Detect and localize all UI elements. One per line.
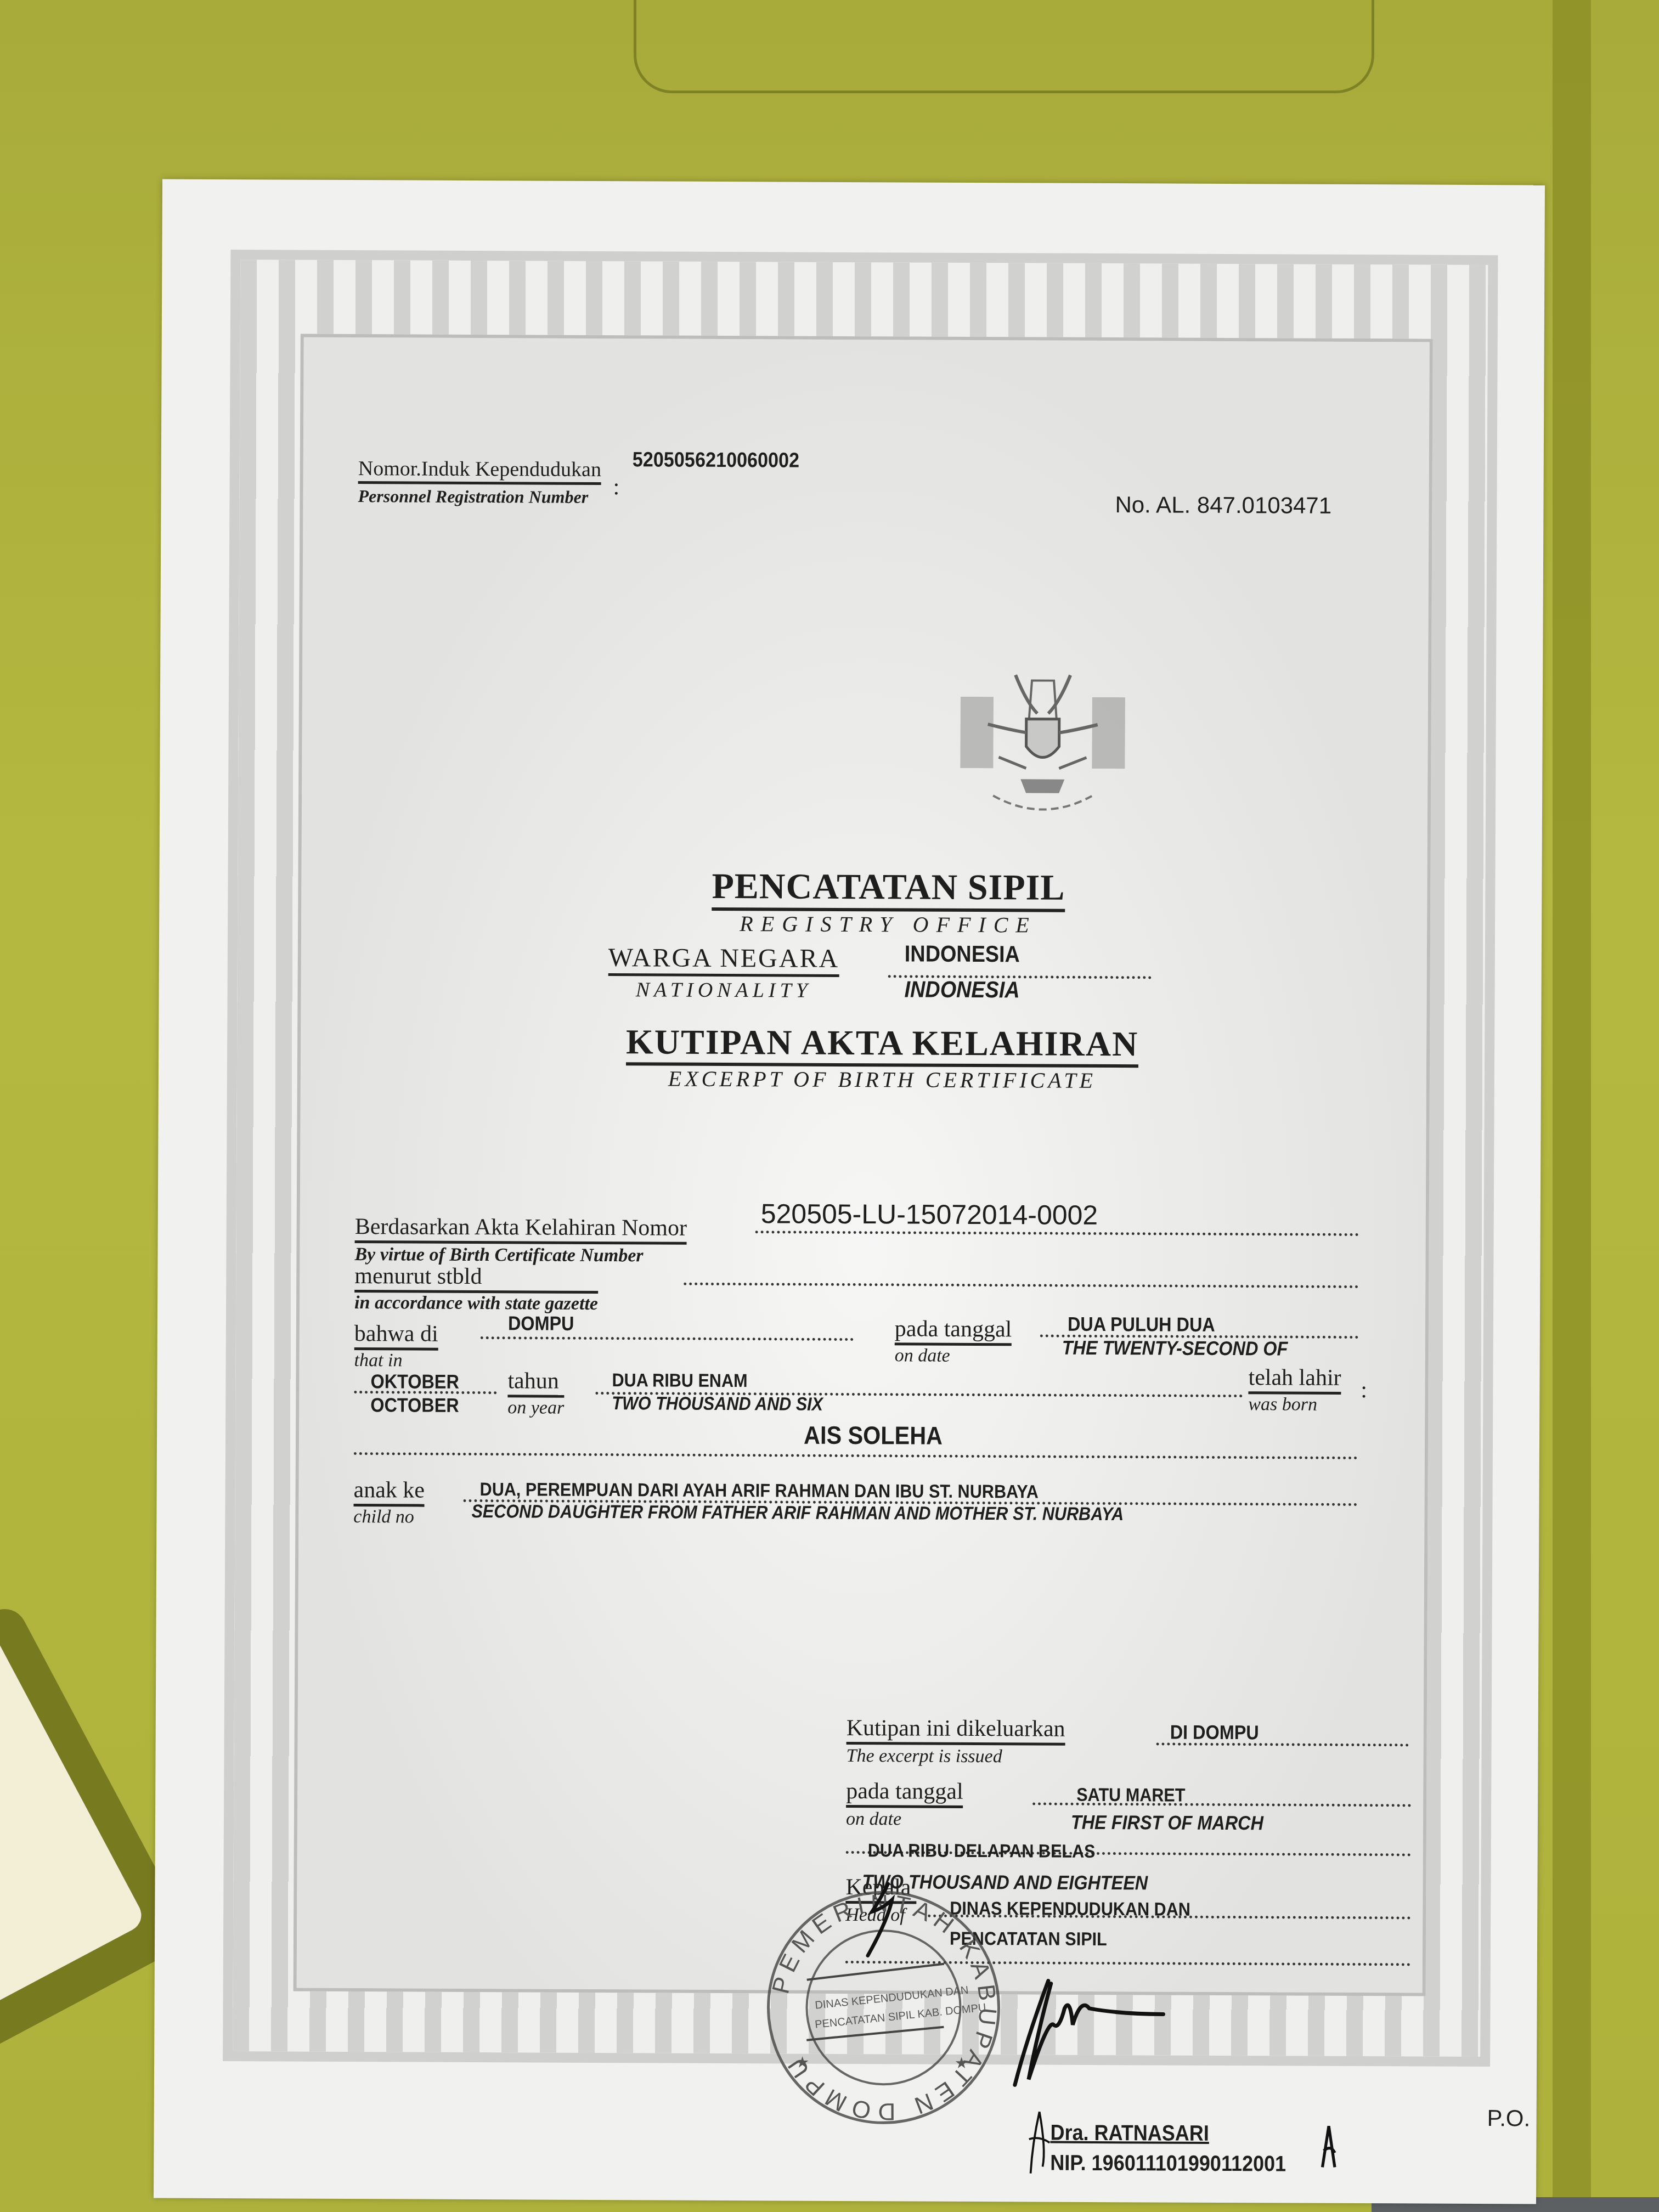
date-value-en: THE TWENTY-SECOND OF — [1062, 1336, 1288, 1361]
child-name: AIS SOLEHA — [804, 1420, 943, 1451]
nationality-label-en: NATIONALITY — [608, 979, 840, 1001]
year-value-en: TWO THOUSAND AND SIX — [612, 1393, 823, 1415]
nik-label: Nomor.Induk Kependudukan — [358, 458, 601, 485]
issued-date-label-en: on date — [846, 1810, 963, 1829]
child-no-label-en: child no — [353, 1508, 425, 1527]
nationality-label-group: WARGA NEGARA NATIONALITY — [608, 945, 840, 1001]
folder-fold — [1553, 0, 1591, 2212]
child-no-label: anak ke — [353, 1479, 425, 1507]
gazette-label-en: in accordance with state gazette — [354, 1294, 598, 1313]
birth-certificate: Nomor.Induk Kependudukan Personnel Regis… — [154, 179, 1545, 2204]
office-title: PENCATATAN SIPIL — [712, 866, 1065, 912]
date-value: DUA PULUH DUA — [1068, 1313, 1215, 1336]
month-value-en: OCTOBER — [370, 1393, 459, 1417]
nik-value: 5205056210060002 — [633, 448, 800, 472]
year-label: tahun — [507, 1369, 564, 1397]
issued-date-value: SATU MARET — [1076, 1785, 1185, 1807]
cert-number-label-en: By virtue of Birth Certificate Number — [354, 1245, 686, 1266]
place-label: bahwa di — [354, 1322, 438, 1351]
nik-colon: : — [613, 476, 620, 499]
issued-date-label: pada tanggal — [846, 1780, 963, 1808]
svg-text:★: ★ — [795, 2055, 809, 2072]
serial-number: No. AL. 847.0103471 — [1115, 492, 1331, 519]
official-name: Dra. RATNASARI — [1050, 2121, 1209, 2146]
issued-label: Kutipan ini dikeluarkan — [847, 1717, 1065, 1746]
doc-title: KUTIPAN AKTA KELAHIRAN — [626, 1022, 1139, 1068]
gazette-label: menurut stbld — [354, 1265, 598, 1294]
handwritten-note: P.O. — [1487, 2105, 1531, 2131]
nik-label-en: Personnel Registration Number — [358, 487, 601, 506]
issued-label-en: The excerpt is issued — [846, 1747, 1065, 1767]
date-label-en: on date — [895, 1346, 1012, 1365]
paraf-mark-2-icon — [1316, 2119, 1341, 2174]
place-value: DOMPU — [508, 1312, 574, 1335]
issued-date-value-en: THE FIRST OF MARCH — [1071, 1811, 1263, 1835]
issued-year-value: DUA RIBU DELAPAN BELAS — [868, 1840, 1096, 1863]
initial-mark-icon — [856, 1876, 912, 1963]
date-label: pada tanggal — [895, 1317, 1012, 1346]
doc-title-group: KUTIPAN AKTA KELAHIRAN EXCERPT OF BIRTH … — [608, 1022, 1157, 1093]
born-label-en: was born — [1248, 1395, 1341, 1414]
certificate-body: Nomor.Induk Kependudukan Personnel Regis… — [294, 334, 1433, 1996]
office-title-en: REGISTRY OFFICE — [685, 911, 1091, 938]
folder-tab-outline — [634, 0, 1374, 93]
child-no-value-en: SECOND DAUGHTER FROM FATHER ARIF RAHMAN … — [471, 1501, 1124, 1525]
signature-icon — [955, 1975, 1229, 2097]
ornamental-border: Nomor.Induk Kependudukan Personnel Regis… — [223, 250, 1498, 2067]
nationality-value-en: INDONESIA — [905, 976, 1020, 1003]
month-value: OKTOBER — [370, 1370, 459, 1393]
nationality-label: WARGA NEGARA — [608, 945, 840, 977]
cert-number-value: 520505-LU-15072014-0002 — [761, 1198, 1098, 1231]
nationality-value: INDONESIA — [905, 940, 1020, 967]
year-label-en: on year — [507, 1398, 564, 1417]
cert-number-label: Berdasarkan Akta Kelahiran Nomor — [355, 1215, 687, 1245]
office-title-group: PENCATATAN SIPIL REGISTRY OFFICE — [685, 866, 1092, 938]
issued-place: DI DOMPU — [1170, 1721, 1259, 1745]
garuda-emblem-icon — [944, 664, 1142, 824]
paraf-mark-icon — [1025, 2104, 1053, 2181]
nik-label-group: Nomor.Induk Kependudukan Personnel Regis… — [358, 458, 601, 506]
year-value: DUA RIBU ENAM — [612, 1370, 747, 1392]
born-label: telah lahir — [1248, 1366, 1341, 1395]
doc-title-en: EXCERPT OF BIRTH CERTIFICATE — [608, 1065, 1156, 1093]
official-nip: NIP. 196011101990112001 — [1050, 2151, 1286, 2177]
place-label-en: that in — [354, 1351, 438, 1370]
